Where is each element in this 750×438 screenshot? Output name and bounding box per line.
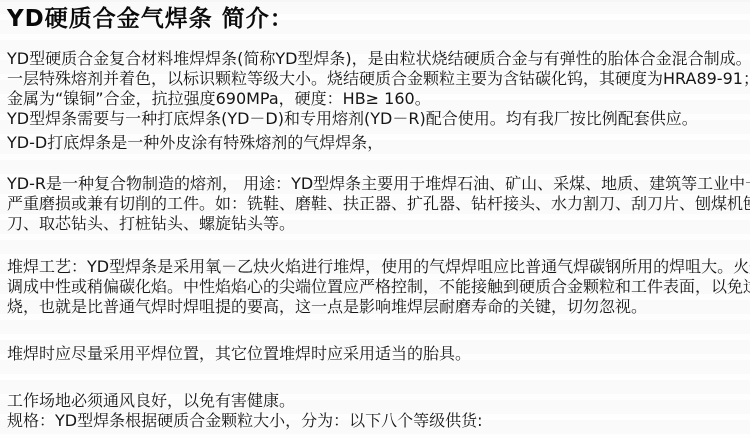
text-line: YD型焊条需要与一种打底焊条(YD－D)和专用熔剂(YD－R)配合使用。均有我厂… (7, 109, 750, 129)
text-line: 一层特殊熔剂并着色，以标识颗粒等级大小。烧结硬质合金颗粒主要为含钴碳化钨，其硬度… (7, 69, 750, 89)
text-line: 刀、取芯钻头、打桩钻头、螺旋钻头等。 (7, 214, 750, 234)
paragraph-specs: 工作场地必须通风良好，以免有害健康。 规格：YD型焊条根据硬质合金颗粒大小，分为… (7, 391, 750, 431)
text-line: 调成中性或稍偏碳化焰。中性焰焰心的尖端位置应严格控制，不能接触到硬质合金颗粒和工… (7, 277, 750, 297)
document-page: YD硬质合金气焊条 简介： YD型硬质合金复合材料堆焊焊条(简称YD型焊条)，是… (0, 0, 750, 438)
text-line: 严重磨损或兼有切削的工件。如：铣鞋、磨鞋、扶正器、扩孔器、钻杆接头、水力割刀、刮… (7, 194, 750, 214)
text-line: 规格：YD型焊条根据硬质合金颗粒大小，分为：以下八个等级供货: (7, 411, 750, 431)
text-line: YD型硬质合金复合材料堆焊焊条(简称YD型焊条)，是由粒状烧结硬质合金与有弹性的… (7, 49, 750, 69)
text-line: YD-R是一种复合物制造的熔剂， 用途：YD型焊条主要用于堆焊石油、矿山、采煤、… (7, 174, 750, 194)
text-line: 金属为“镍铜”合金，抗拉强度690MPa，硬度：HB≥ 160。 (7, 89, 750, 109)
text-line: YD-D打底焊条是一种外皮涂有特殊熔剂的气焊焊条， (7, 133, 750, 153)
text-line: 堆焊时应尽量采用平焊位置，其它位置堆焊时应采用适当的胎具。 (7, 344, 750, 364)
text-line: 工作场地必须通风良好，以免有害健康。 (7, 391, 750, 411)
text-line: 堆焊工艺：YD型焊条是采用氧－乙炔火焰进行堆焊，使用的气焊焊咀应比普通气焊碳钢所… (7, 257, 750, 277)
text-line: 烧，也就是比普通气焊时焊咀提的要高，这一点是影响堆焊层耐磨寿命的关键，切勿忽视。 (7, 297, 750, 317)
paragraph-position: 堆焊时应尽量采用平焊位置，其它位置堆焊时应采用适当的胎具。 (7, 344, 750, 364)
paragraph-intro: YD型硬质合金复合材料堆焊焊条(简称YD型焊条)，是由粒状烧结硬质合金与有弹性的… (7, 49, 750, 153)
paragraph-process: 堆焊工艺：YD型焊条是采用氧－乙炔火焰进行堆焊，使用的气焊焊咀应比普通气焊碳钢所… (7, 257, 750, 317)
page-title: YD硬质合金气焊条 简介： (7, 4, 750, 34)
paragraph-uses: YD-R是一种复合物制造的熔剂， 用途：YD型焊条主要用于堆焊石油、矿山、采煤、… (7, 174, 750, 234)
